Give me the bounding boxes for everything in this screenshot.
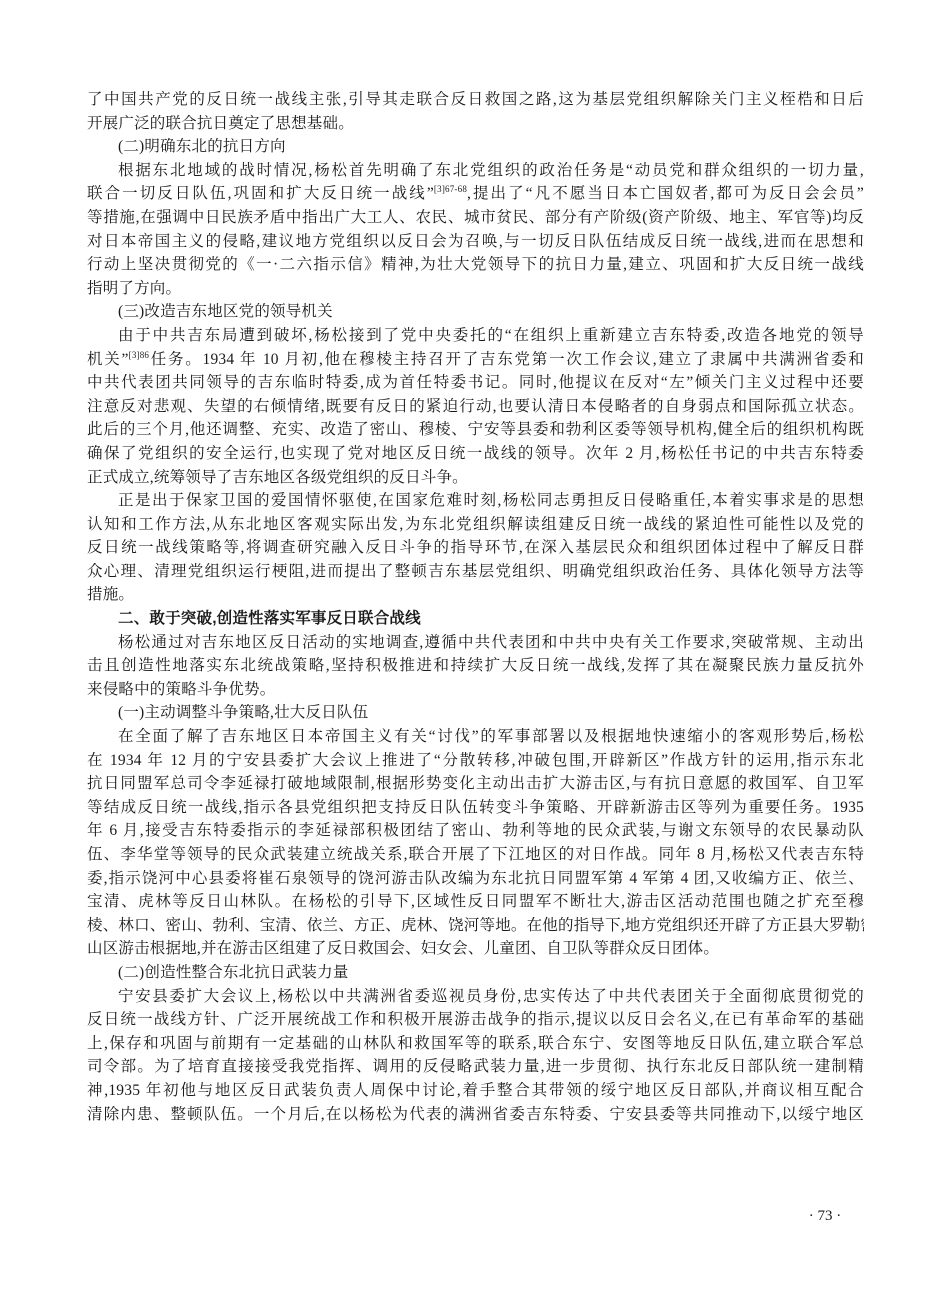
text-line: 此后的三个月,他还调整、充实、改造了密山、穆棱、宁安等县委和勃利区委等领导机构,…: [87, 418, 864, 442]
text-line: 伍、李华堂等领导的民众武装建立统战关系,联合开展了下江地区的对日作战。同年 8 …: [87, 843, 864, 867]
text-line: 确保了党组织的安全运行,也实现了党对地区反日统一战线的领导。次年 2 月,杨松任…: [87, 442, 864, 466]
text-line: 清除内患、整顿队伍。一个月后,在以杨松为代表的满洲省委吉东特委、宁安县委等共同推…: [87, 1103, 864, 1127]
text-line: 由于中共吉东局遭到破坏,杨松接到了党中央委托的“在组织上重新建立吉东特委,改造各…: [87, 324, 864, 348]
text-line: 神,1935 年初他与地区反日武装负责人周保中讨论,着手整合其带领的绥宁地区反日…: [87, 1079, 864, 1103]
text-line: 击且创造性地落实东北统战策略,坚持积极推进和持续扩大反日统一战线,发挥了其在凝聚…: [87, 654, 864, 678]
text-line: 宝清、虎林等反日山林队。在杨松的引导下,区域性反日同盟军不断壮大,游击区活动范围…: [87, 890, 864, 914]
subsection-heading: (一)主动调整斗争策略,壮大反日队伍: [87, 701, 864, 725]
text-line: 中共代表团共同领导的吉东临时特委,成为首任特委书记。同时,他提议在反对“左”倾关…: [87, 371, 864, 395]
text-line: 宁安县委扩大会议上,杨松以中共满洲省委巡视员身份,忠实传达了中共代表团关于全面彻…: [87, 985, 864, 1009]
text-line: 等措施,在强调中日民族矛盾中指出广大工人、农民、城市贫民、部分有产阶级(资产阶级…: [87, 206, 864, 230]
text-line: 司令部。为了培育直接接受我党指挥、调用的反侵略武装力量,进一步贯彻、执行东北反日…: [87, 1055, 864, 1079]
text-line: 根据东北地域的战时情况,杨松首先明确了东北党组织的政治任务是“动员党和群众组织的…: [87, 159, 864, 183]
text-line: 正是出于保家卫国的爱国情怀驱使,在国家危难时刻,杨松同志勇担反日侵略重任,本着实…: [87, 489, 864, 513]
citation-reference: [3]67-68: [434, 184, 467, 194]
text-line: 机关”[3]86任务。1934 年 10 月初,他在穆棱主持召开了吉东党第一次工…: [87, 348, 864, 372]
text-line: 正式成立,统筹领导了吉东地区各级党组织的反日斗争。: [87, 466, 864, 490]
section-heading: 二、敢于突破,创造性落实军事反日联合战线: [87, 607, 864, 631]
subsection-heading: (三)改造吉东地区党的领导机关: [87, 300, 864, 324]
text-line: 众心理、清理党组织运行梗阻,进而提出了整顿吉东基层党组织、明确党组织政治任务、具…: [87, 560, 864, 584]
text-line: 山区游击根据地,并在游击区组建了反日救国会、妇女会、儿童团、自卫队等群众反日团体…: [87, 937, 864, 961]
text-line: 开展广泛的联合抗日奠定了思想基础。: [87, 112, 864, 136]
text-line: 对日本帝国主义的侵略,建议地方党组织以反日会为召唤,与一切反日队伍结成反日统一战…: [87, 230, 864, 254]
text-line: 指明了方向。: [87, 277, 864, 301]
subsection-heading: (二)创造性整合东北抗日武装力量: [87, 961, 864, 985]
text-line: 在全面了解了吉东地区日本帝国主义有关“讨伐”的军事部署以及根据地快速缩小的客观形…: [87, 725, 864, 749]
text-line: 认知和工作方法,从东北地区客观实际出发,为东北党组织解读组建反日统一战线的紧迫性…: [87, 513, 864, 537]
text-line: 反日统一战线策略等,将调查研究融入反日斗争的指导环节,在深入基层民众和组织团体过…: [87, 536, 864, 560]
text-line: 来侵略中的策略斗争优势。: [87, 678, 864, 702]
text-line: 抗日同盟军总司令李延禄打破地域限制,根据形势变化主动出击扩大游击区,与有抗日意愿…: [87, 772, 864, 796]
text-line: 反日统一战线方针、广泛开展统战工作和积极开展游击战争的指示,提议以反日会名义,在…: [87, 1008, 864, 1032]
page-number: · 73 ·: [780, 1208, 870, 1225]
text-line: 了中国共产党的反日统一战线主张,引导其走联合反日救国之路,这为基层党组织解除关门…: [87, 88, 864, 112]
text-line: 行动上坚决贯彻党的《一·二六指示信》精神,为壮大党领导下的抗日力量,建立、巩固和…: [87, 253, 864, 277]
document-page: 了中国共产党的反日统一战线主张,引导其走联合反日救国之路,这为基层党组织解除关门…: [87, 88, 864, 1126]
subsection-heading: (二)明确东北的抗日方向: [87, 135, 864, 159]
text-line: 等结成反日统一战线,指示各县党组织把支持反日队伍转变斗争策略、开辟新游击区等列为…: [87, 796, 864, 820]
text-line: 联合一切反日队伍,巩固和扩大反日统一战线”[3]67-68,提出了“凡不愿当日本…: [87, 182, 864, 206]
text-line: 措施。: [87, 583, 864, 607]
citation-reference: [3]86: [129, 350, 150, 360]
text-line: 注意反对悲观、失望的右倾情绪,既要有反日的紧迫行动,也要认清日本侵略者的自身弱点…: [87, 395, 864, 419]
text-line: 上,保存和巩固与前期有一定基础的山林队和救国军等的联系,联合东宁、安图等地反日队…: [87, 1032, 864, 1056]
text-line: 委,指示饶河中心县委将崔石泉领导的饶河游击队改编为东北抗日同盟军第 4 军第 4…: [87, 867, 864, 891]
text-line: 年 6 月,接受吉东特委指示的李延禄部积极团结了密山、勃利等地的民众武装,与谢文…: [87, 819, 864, 843]
text-line: 在 1934 年 12 月的宁安县委扩大会议上推进了“分散转移,冲破包围,开辟新…: [87, 749, 864, 773]
text-line: 棱、林口、密山、勃利、宝清、依兰、方正、虎林、饶河等地。在他的指导下,地方党组织…: [87, 914, 864, 938]
text-line: 杨松通过对吉东地区反日活动的实地调查,遵循中共代表团和中共中央有关工作要求,突破…: [87, 631, 864, 655]
